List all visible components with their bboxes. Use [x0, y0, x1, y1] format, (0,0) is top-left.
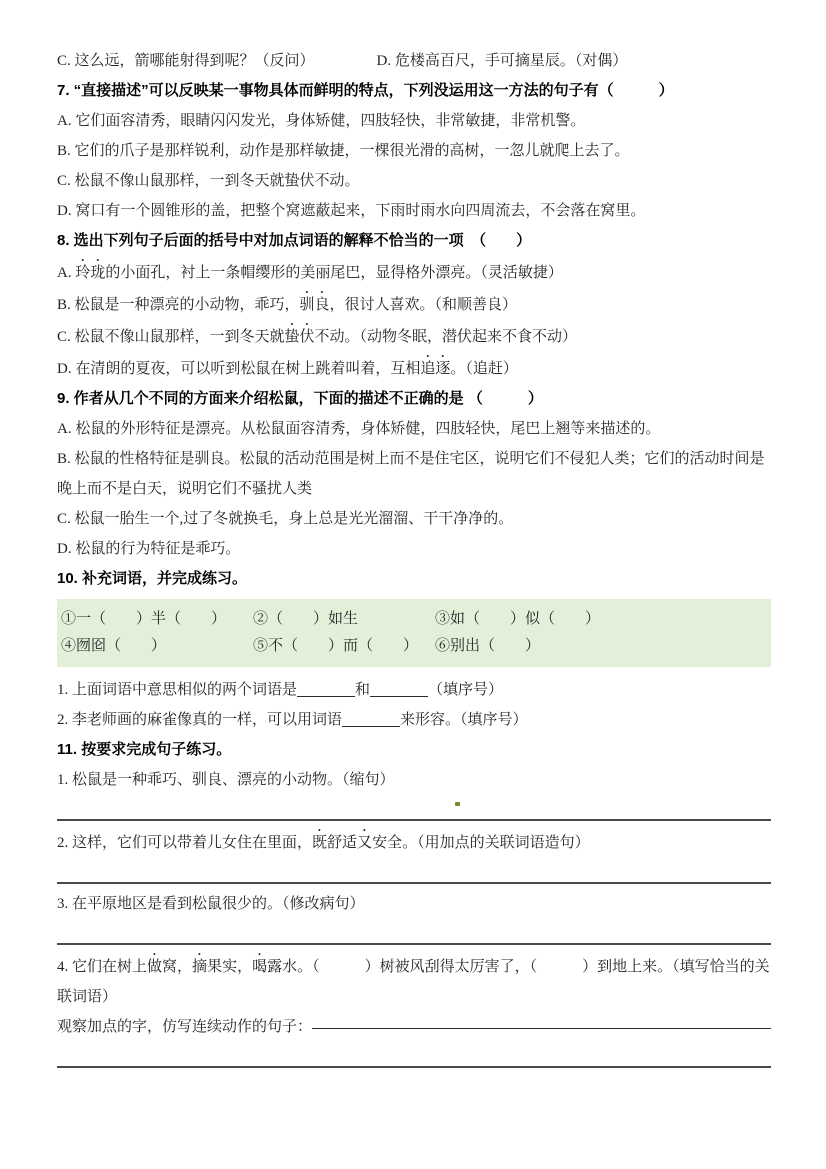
q7-option-c: C. 松鼠不像山鼠那样，一到冬天就蛰伏不动。 — [57, 166, 771, 196]
q11-item-3: 3. 在平原地区是看到松鼠很少的。（修改病句） — [57, 889, 771, 919]
answer-rule-3 — [57, 919, 771, 950]
emphasized-dotted-word: 玲珑 — [75, 265, 105, 281]
text-segment: 9. 作者从几个不同的方面来介绍松鼠，下面的描述不正确的是 （ ） — [57, 390, 543, 407]
q10-item-2: 2. 李老师画的麻雀像真的一样，可以用词语来形容。（填序号） — [57, 705, 771, 735]
fill-in-blank — [342, 712, 400, 727]
text-segment: 11. 按要求完成句子练习。 — [57, 741, 231, 758]
text-segment: 观察加点的字，仿写连续动作的句子： — [57, 1012, 312, 1042]
text-segment: D. 窝口有一个圆锥形的盖，把整个窝遮蔽起来，下雨时雨水向四周流去，不会落在窝里… — [57, 203, 645, 219]
text-segment: 来形容。（填序号） — [400, 712, 528, 728]
q11-item-2: 2. 这样，它们可以带着儿女住在里面，既舒适又安全。（用加点的关联词语造句） — [57, 826, 771, 858]
q10-header: 10. 补充词语，并完成练习。 — [57, 564, 771, 594]
q9-option-d: D. 松鼠的行为特征是乖巧。 — [57, 534, 771, 564]
fill-in-blank — [312, 1014, 771, 1029]
text-segment: 8. 选出下列句子后面的括号中对加点词语的解释不恰当的一项 （ ） — [57, 232, 531, 249]
q7-option-d: D. 窝口有一个圆锥形的盖，把整个窝遮蔽起来，下雨时雨水向四周流去，不会落在窝里… — [57, 196, 771, 226]
q7-header: 7. “直接描述”可以反映某一事物具体而鲜明的特点，下列没运用这一方法的句子有（… — [57, 76, 771, 106]
q9-header: 9. 作者从几个不同的方面来介绍松鼠，下面的描述不正确的是 （ ） — [57, 384, 771, 414]
worksheet-page: C. 这么远，箭哪能射得到呢？（反问）D. 危楼高百尺，手可摘星辰。（对偶）7.… — [0, 0, 826, 1169]
answer-rule-4 — [57, 1042, 771, 1073]
q6-options-row-cd: C. 这么远，箭哪能射得到呢？（反问）D. 危楼高百尺，手可摘星辰。（对偶） — [57, 46, 771, 76]
q8-option-c: C. 松鼠不像山鼠那样，一到冬天就蛰伏不动。（动物冬眠，潜伏起来不食不动） — [57, 320, 771, 352]
q8-option-a: A. 玲珑的小面孔，衬上一条帽缨形的美丽尾巴，显得格外漂亮。（灵活敏捷） — [57, 256, 771, 288]
text-segment: 10. 补充词语，并完成练习。 — [57, 570, 247, 587]
emphasized-dotted-word: 做 — [147, 959, 162, 975]
text-segment: A. — [57, 265, 75, 281]
q10-item-1: 1. 上面词语中意思相似的两个词语是和（填序号） — [57, 675, 771, 705]
emphasized-dotted-word: 既 — [312, 835, 327, 851]
fill-in-blank — [297, 682, 355, 697]
word-completion-item: ⑥别出（ ） — [435, 633, 767, 660]
text-segment: B. 松鼠的性格特征是驯良。松鼠的活动范围是树上而不是住宅区，说明它们不侵犯人类… — [57, 451, 765, 497]
emphasized-dotted-word: 又 — [357, 835, 372, 851]
emphasized-dotted-word: 追逐 — [420, 361, 450, 377]
q8-option-d: D. 在清朗的夏夜，可以听到松鼠在树上跳着叫着，互相追逐。（追赶） — [57, 352, 771, 384]
emphasized-dotted-word: 驯良 — [300, 297, 330, 313]
word-completion-row: ①一（ ）半（ ）②（ ）如生③如（ ）似（ ） — [61, 606, 767, 633]
q11-item-4: 4. 它们在树上做窝，摘果实，喝露水。（ ）树被风刮得太厉害了，（ ）到地上来。… — [57, 950, 771, 1012]
emphasized-dotted-word: 摘 — [192, 959, 207, 975]
text-segment: C. 这么远，箭哪能射得到呢？（反问） — [57, 53, 315, 69]
q9-option-c: C. 松鼠一胎生一个,过了冬就换毛，身上总是光光溜溜、干干净净的。 — [57, 504, 771, 534]
text-segment: 1. 上面词语中意思相似的两个词语是 — [57, 682, 297, 698]
q8-option-b: B. 松鼠是一种漂亮的小动物，乖巧，驯良，很讨人喜欢。（和顺善良） — [57, 288, 771, 320]
text-segment: 的小面孔，衬上一条帽缨形的美丽尾巴，显得格外漂亮。（灵活敏捷） — [105, 265, 563, 281]
text-segment: 2. 这样，它们可以带着儿女住在里面， — [57, 835, 312, 851]
text-segment: 7. “直接描述”可以反映某一事物具体而鲜明的特点，下列没运用这一方法的句子有（… — [57, 82, 674, 99]
worksheet-content: C. 这么远，箭哪能射得到呢？（反问）D. 危楼高百尺，手可摘星辰。（对偶）7.… — [57, 46, 771, 1073]
answer-blank-line — [57, 943, 771, 945]
text-segment: 安全。（用加点的关联词语造句） — [372, 835, 590, 851]
text-segment: A. 松鼠的外形特征是漂亮。从松鼠面容清秀，身体矫健，四肢轻快，尾巴上翘等来描述… — [57, 421, 660, 437]
word-completion-row: ④囫囵（ ）⑤不（ ）而（ ）⑥别出（ ） — [61, 633, 767, 660]
inline-spacer — [315, 64, 377, 65]
answer-rule-1 — [57, 795, 771, 826]
text-segment: D. 在清朗的夏夜，可以听到松鼠在树上跳着叫着，互相 — [57, 361, 420, 377]
text-segment: A. 它们面容清秀，眼睛闪闪发光，身体矫健，四肢轻快，非常敏捷，非常机警。 — [57, 113, 585, 129]
word-completion-item: ③如（ ）似（ ） — [435, 606, 767, 633]
q9-option-a: A. 松鼠的外形特征是漂亮。从松鼠面容清秀，身体矫健，四肢轻快，尾巴上翘等来描述… — [57, 414, 771, 444]
answer-blank-line — [57, 1066, 771, 1068]
text-segment: B. 松鼠是一种漂亮的小动物，乖巧， — [57, 297, 300, 313]
text-segment: 。（追赶） — [450, 361, 518, 377]
text-segment: 1. 松鼠是一种乖巧、驯良、漂亮的小动物。（缩句） — [57, 772, 395, 788]
q11-header: 11. 按要求完成句子练习。 — [57, 735, 771, 765]
word-completion-item: ⑤不（ ）而（ ） — [253, 633, 435, 660]
q10-word-table: ①一（ ）半（ ）②（ ）如生③如（ ）似（ ）④囫囵（ ）⑤不（ ）而（ ）⑥… — [57, 599, 771, 667]
text-segment: 果实， — [207, 959, 252, 975]
fill-in-blank — [370, 682, 428, 697]
text-segment: ，很讨人喜欢。（和顺善良） — [330, 297, 518, 313]
answer-blank-line — [57, 882, 771, 884]
text-segment: 不动。（动物冬眠，潜伏起来不食不动） — [315, 329, 578, 345]
answer-blank-line — [57, 819, 771, 821]
q7-option-a: A. 它们面容清秀，眼睛闪闪发光，身体矫健，四肢轻快，非常敏捷，非常机警。 — [57, 106, 771, 136]
emphasized-dotted-word: 蛰伏 — [285, 329, 315, 345]
emphasized-dotted-word: 喝 — [252, 959, 267, 975]
q8-header: 8. 选出下列句子后面的括号中对加点词语的解释不恰当的一项 （ ） — [57, 226, 771, 256]
answer-rule-2 — [57, 858, 771, 889]
word-completion-item: ④囫囵（ ） — [61, 633, 253, 660]
stray-ink-dot — [455, 802, 460, 806]
text-segment: 窝， — [162, 959, 192, 975]
text-segment: 和 — [355, 682, 370, 698]
text-segment: C. 松鼠不像山鼠那样，一到冬天就蛰伏不动。 — [57, 173, 360, 189]
text-segment: 4. 它们在树上 — [57, 959, 147, 975]
text-segment: 3. 在平原地区是看到松鼠很少的。（修改病句） — [57, 896, 365, 912]
text-segment: C. 松鼠一胎生一个,过了冬就换毛，身上总是光光溜溜、干干净净的。 — [57, 511, 513, 527]
q9-option-b: B. 松鼠的性格特征是驯良。松鼠的活动范围是树上而不是住宅区，说明它们不侵犯人类… — [57, 444, 771, 504]
word-completion-item: ②（ ）如生 — [253, 606, 435, 633]
text-segment: C. 松鼠不像山鼠那样，一到冬天就 — [57, 329, 285, 345]
text-segment: （填序号） — [428, 682, 503, 698]
text-segment: D. 危楼高百尺，手可摘星辰。（对偶） — [377, 53, 628, 69]
q11-item-1: 1. 松鼠是一种乖巧、驯良、漂亮的小动物。（缩句） — [57, 765, 771, 795]
q7-option-b: B. 它们的爪子是那样锐利，动作是那样敏捷，一棵很光滑的高树，一忽儿就爬上去了。 — [57, 136, 771, 166]
text-segment: 2. 李老师画的麻雀像真的一样，可以用词语 — [57, 712, 342, 728]
word-completion-item: ①一（ ）半（ ） — [61, 606, 253, 633]
text-segment: B. 它们的爪子是那样锐利，动作是那样敏捷，一棵很光滑的高树，一忽儿就爬上去了。 — [57, 143, 630, 159]
text-segment: D. 松鼠的行为特征是乖巧。 — [57, 541, 240, 557]
text-segment: 舒适 — [327, 835, 357, 851]
q11-item-4-imitate-prompt: 观察加点的字，仿写连续动作的句子： — [57, 1012, 771, 1042]
